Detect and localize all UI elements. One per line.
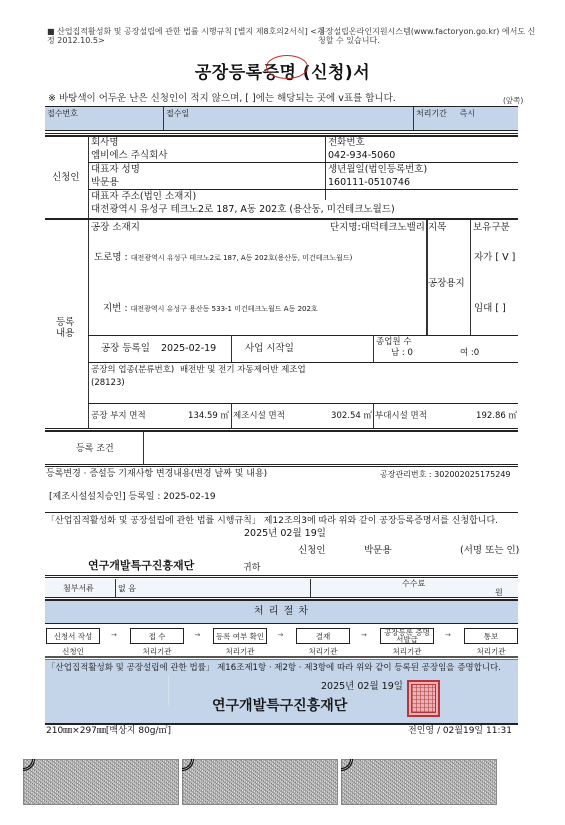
processing-period-value: 즉시 xyxy=(459,109,474,118)
applicant-signature-name: 박문용 xyxy=(364,545,392,557)
road-address-label: 도로명 : xyxy=(94,252,128,263)
industry-value: 배전반 및 전기 자동제어반 제조업 xyxy=(180,365,306,375)
change-entry: [제조시설설치승인] 등록일 : 2025-02-19 xyxy=(49,491,216,503)
title-highlight-circle xyxy=(266,55,308,79)
swirl-icon xyxy=(341,759,353,771)
swirl-icon xyxy=(23,759,35,771)
signature-or-seal-label: (서명 또는 인) xyxy=(460,545,519,557)
registration-date-value: 2025-02-19 xyxy=(161,343,216,355)
company-name-label: 회사명 xyxy=(91,137,119,149)
industry-code: (28123) xyxy=(91,377,125,389)
site-area-label: 공장 부지 면적 xyxy=(91,410,146,422)
company-name-value: 엠비에스 주식회사 xyxy=(91,150,167,162)
attachments-value: 없 음 xyxy=(118,583,136,595)
site-area-value: 134.59 ㎡ xyxy=(172,410,229,422)
legal-reference: ■ 산업집적활성화 및 공장설립에 관한 법률 시행규칙 [별지 제8호의2서식… xyxy=(47,27,327,45)
ownership-owned-checkbox[interactable]: 자가 [ V ] xyxy=(474,252,515,264)
lot-address-value: 대전광역시 유성구 용산동 533-1 미건테크노월드 A동 202호 xyxy=(131,305,318,313)
receipt-date-cell: 접수일 xyxy=(163,107,413,130)
process-step-box: 공장등록 증명서발급 xyxy=(380,628,434,644)
birth-date-value: 160111-0510746 xyxy=(328,177,410,189)
receipt-band: 접수번호 접수일 처리기간 즉시 xyxy=(45,106,518,131)
road-address-value: 대전광역시 유성구 테크노2로 187, A동 202호(용산동, 미건테크노월… xyxy=(131,254,353,262)
issuing-organization: 연구개발특구진흥재단 xyxy=(212,697,347,715)
process-header: 처 리 절 차 xyxy=(45,601,518,623)
arrow-right-icon: → xyxy=(278,631,284,639)
ownership-leased-checkbox[interactable]: 임대 [ ] xyxy=(474,303,506,315)
security-barcode-3 xyxy=(341,759,497,805)
lot-address-label: 지번 : xyxy=(103,303,128,314)
manufacturing-area-label: 제조시설 면적 xyxy=(233,410,285,422)
registration-label-line2: 내용 xyxy=(56,328,74,339)
factory-location-label: 공장 소재지 xyxy=(91,222,140,234)
phone-label: 전화번호 xyxy=(328,137,365,149)
issued-by-timestamp: 전인영 / 02월19일 11:31 xyxy=(408,725,512,737)
official-seal-stamp xyxy=(407,680,440,717)
certification-text: 「산업집적활성화 및 공장설립에 관한 법률」 제16조제1항 · 제2항 · … xyxy=(47,662,501,674)
receipt-date-label: 접수일 xyxy=(166,109,189,118)
attachments-label: 첨부서류 xyxy=(63,583,94,595)
birth-date-label: 생년월일(법인등록번호) xyxy=(328,164,427,176)
arrow-right-icon: → xyxy=(111,631,117,639)
swirl-icon xyxy=(182,759,194,771)
security-barcode-2 xyxy=(182,759,338,805)
land-category-value: 공장용지 xyxy=(428,278,465,290)
online-application-note: 공장설립온라인지원시스템(www.factoryon.go.kr) 에서도 신청… xyxy=(318,27,543,45)
fee-label: 수수료 xyxy=(402,578,425,590)
female-employees-value: 여 :0 xyxy=(460,347,479,359)
road-address-row: 도로명 : 대전광역시 유성구 테크노2로 187, A동 202호(용산동, … xyxy=(94,252,352,264)
declaration-date: 2025년 02월 19일 xyxy=(244,528,326,540)
representative-address-value: 대전광역시 유성구 테크노2로 187, A동 202호 (용산동, 미건테크노… xyxy=(91,204,395,216)
representative-address-label: 대표자 주소(법인 소재지) xyxy=(91,191,196,203)
registration-label-line1: 등록 xyxy=(56,317,74,328)
registration-date-label: 공장 등록일 xyxy=(101,343,150,355)
certification-date: 2025년 02월 19일 xyxy=(321,681,403,693)
instruction-note: ※ 바탕색이 어두운 난은 신청인이 적지 않으며, [ ]에는 해당되는 곳에… xyxy=(48,93,396,104)
security-barcode-1 xyxy=(23,759,179,805)
registration-conditions-label: 등록 조건 xyxy=(76,443,114,455)
processing-period-label: 처리기간 xyxy=(416,109,447,118)
paper-specification: 210㎜×297㎜[백상지 80g/㎡] xyxy=(46,725,171,737)
process-step-box: 결재 xyxy=(296,628,350,644)
process-step-box: 신청서 작성 xyxy=(46,628,100,644)
manufacturing-area-value: 302.54 ㎡ xyxy=(310,410,372,422)
processing-period-cell: 처리기간 즉시 xyxy=(413,107,518,130)
lot-address-row: 지번 : 대전광역시 유성구 용산동 533-1 미건테크노월드 A동 202호 xyxy=(103,303,318,315)
phone-value: 042-934-5060 xyxy=(328,150,395,162)
receipt-number-label: 접수번호 xyxy=(47,109,78,118)
arrow-right-icon: → xyxy=(195,631,201,639)
industrial-complex-name: 단지명:대덕테크노밸리 xyxy=(330,222,425,234)
process-step-box: 등록 여부 확인 xyxy=(213,628,267,644)
recipient-organization: 연구개발특구진흥재단 xyxy=(88,560,194,572)
recipient-honorific: 귀하 xyxy=(243,562,260,574)
process-step-box: 통보 xyxy=(464,628,518,644)
applicant-signature-label: 신청인 xyxy=(298,545,326,557)
applicant-section-label: 신청인 xyxy=(52,172,80,184)
industry-label: 공장의 업종(분류번호) xyxy=(91,365,174,375)
representative-name-label: 대표자 성명 xyxy=(91,164,140,176)
arrow-right-icon: → xyxy=(445,631,451,639)
ownership-label: 보유구분 xyxy=(473,222,510,234)
factory-management-number: 공장관리번호 : 302002025175249 xyxy=(380,469,511,481)
registration-section-label: 등록 내용 xyxy=(56,317,74,339)
declaration-text: 「산업집적활성화 및 공장설립에 관한 법률 시행규칙」 제12조의3에 따라 … xyxy=(46,515,498,527)
male-employees-value: 남 : 0 xyxy=(391,347,413,359)
industry-row: 공장의 업종(분류번호) 배전반 및 전기 자동제어반 제조업 xyxy=(91,364,306,376)
representative-name-value: 박문용 xyxy=(91,177,119,189)
page-side-label: (앞쪽) xyxy=(503,95,523,106)
changes-label: 등록변경 · 증설등 기재사항 변경내용(변경 날짜 및 내용) xyxy=(46,468,267,480)
arrow-right-icon: → xyxy=(361,631,367,639)
process-title: 처 리 절 차 xyxy=(45,601,518,623)
receipt-number-cell: 접수번호 xyxy=(45,107,163,130)
land-category-label: 지목 xyxy=(428,222,446,234)
business-start-date-label: 사업 시작일 xyxy=(245,343,294,355)
auxiliary-area-value: 192.86 ㎡ xyxy=(455,410,517,422)
process-step-box: 접 수 xyxy=(130,628,184,644)
auxiliary-area-label: 부대시설 면적 xyxy=(375,410,427,422)
